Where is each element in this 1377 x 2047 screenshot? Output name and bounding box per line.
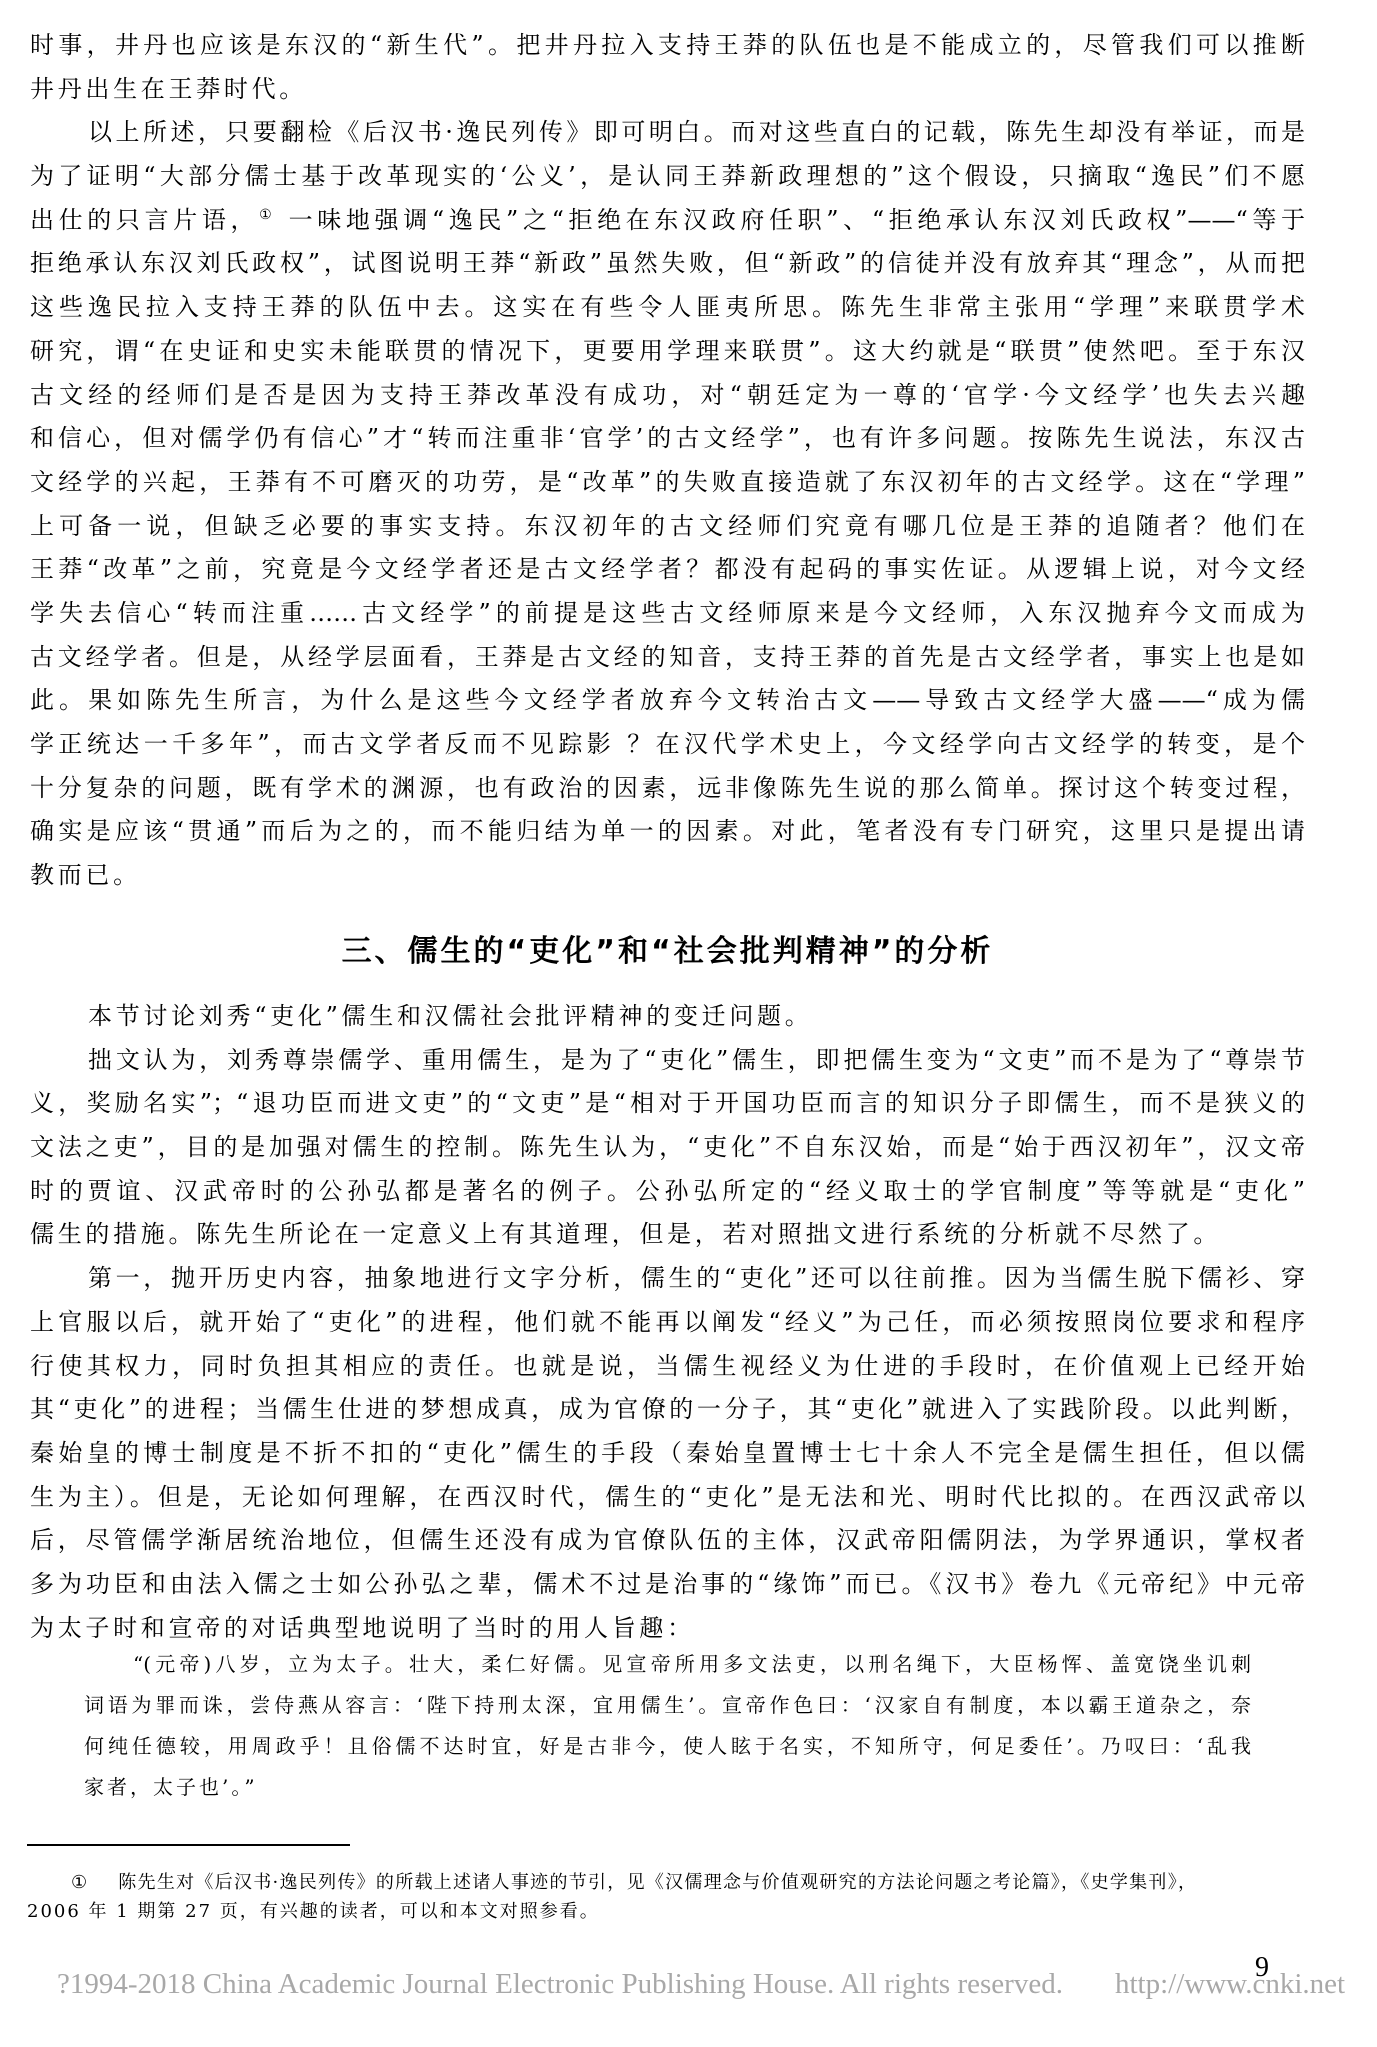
footnote: ①陈先生对《后汉书·逸民列传》的所载上述诸人事迹的节引，见《汉儒理念与价值观研究… <box>27 1868 1305 1926</box>
footnote-text: 陈先生对《后汉书·逸民列传》的所载上述诸人事迹的节引，见《汉儒理念与价值观研究的… <box>117 1872 1196 1893</box>
text-line: 义，奖励名实”；“退功臣而进文吏”的“文吏”是“相对于开国功臣而言的知识分子即儒… <box>30 1082 1305 1126</box>
text-line: 时事，井丹也应该是东汉的“新生代”。把井丹拉入支持王莽的队伍也是不能成立的，尽管… <box>30 24 1305 68</box>
quote-line: 词语为罪而诛，尝侍燕从容言：‘陛下持刑太深，宜用儒生’。宣帝作色曰：‘汉家自有制… <box>84 1685 1251 1726</box>
text-line: 其“吏化”的进程；当儒生仕进的梦想成真，成为官僚的一分子，其“吏化”就进入了实践… <box>30 1388 1305 1432</box>
text-line: 后，尽管儒学渐居统治地位，但儒生还没有成为官僚队伍的主体，汉武帝阳儒阴法，为学界… <box>30 1519 1305 1563</box>
block-quote: “(元帝)八岁，立为太子。壮大，柔仁好儒。见宣帝所用多文法吏，以刑名绳下，大臣杨… <box>84 1644 1251 1808</box>
footnote-marker: ① <box>71 1868 117 1897</box>
text-line: 本节讨论刘秀“吏化”儒生和汉儒社会批评精神的变迁问题。 <box>30 995 1305 1039</box>
text-line: 拙文认为，刘秀尊崇儒学、重用儒生，是为了“吏化”儒生，即把儒生变为“文吏”而不是… <box>30 1039 1305 1083</box>
text-segment: 一味地强调“逸民”之“拒绝在东汉政府任职”、“拒绝承认东汉刘氏政权”——“等于 <box>276 206 1305 234</box>
quote-line: “(元帝)八岁，立为太子。壮大，柔仁好儒。见宣帝所用多文法吏，以刑名绳下，大臣杨… <box>84 1644 1251 1685</box>
text-line: 学正统达一千多年”，而古文学者反而不见踪影 ？在汉代学术史上，今文经学向古文经学… <box>30 723 1305 767</box>
paragraph: 时事，井丹也应该是东汉的“新生代”。把井丹拉入支持王莽的队伍也是不能成立的，尽管… <box>30 24 1305 111</box>
text-line: 文经学的兴起，王莽有不可磨灭的功劳，是“改革”的失败直接造就了东汉初年的古文经学… <box>30 461 1305 505</box>
quote-line: 何纯任德较，用周政乎！且俗儒不达时宜，好是古非今，使人眩于名实，不知所守，何足委… <box>84 1726 1251 1767</box>
footnote-ref: ① <box>259 207 276 223</box>
text-line: 文法之吏”，目的是加强对儒生的控制。陈先生认为，“吏化”不自东汉始，而是“始于西… <box>30 1126 1305 1170</box>
text-line: 秦始皇的博士制度是不折不扣的“吏化”儒生的手段（秦始皇置博士七十余人不完全是儒生… <box>30 1432 1305 1476</box>
text-line: 为了证明“大部分儒士基于改革现实的‘公义’，是认同王莽新政理想的”这个假设，只摘… <box>30 155 1305 199</box>
text-line: 以上所述，只要翻检《后汉书·逸民列传》即可明白。而对这些直白的记载，陈先生却没有… <box>30 111 1305 155</box>
text-line: 确实是应该“贯通”而后为之的，而不能归结为单一的因素。对此，笔者没有专门研究，这… <box>30 810 1305 854</box>
text-line: 多为功臣和由法入儒之士如公孙弘之辈，儒术不过是治事的“缘饰”而已。《汉书》卷九《… <box>30 1563 1305 1607</box>
copyright-footer: ?1994-2018 China Academic Journal Electr… <box>57 1967 1063 2001</box>
text-line: 教而已。 <box>30 854 1305 898</box>
paragraph: 拙文认为，刘秀尊崇儒学、重用儒生，是为了“吏化”儒生，即把儒生变为“文吏”而不是… <box>30 1039 1305 1257</box>
text-line: 上官服以后，就开始了“吏化”的进程，他们就不能再以阐发“经义”为己任，而必须按照… <box>30 1301 1305 1345</box>
footnote-line: 2006 年 1 期第 27 页，有兴趣的读者，可以和本文对照参看。 <box>27 1897 1305 1926</box>
text-line: 这些逸民拉入支持王莽的队伍中去。这实在有些令人匪夷所思。陈先生非常主张用“学理”… <box>30 286 1305 330</box>
text-line: 研究，谓“在史证和史实未能联贯的情况下，更要用学理来联贯”。这大约就是“联贯”使… <box>30 330 1305 374</box>
paragraph: 本节讨论刘秀“吏化”儒生和汉儒社会批评精神的变迁问题。 <box>30 995 1305 1039</box>
document-page: 时事，井丹也应该是东汉的“新生代”。把井丹拉入支持王莽的队伍也是不能成立的，尽管… <box>0 0 1377 2047</box>
text-line: 拒绝承认东汉刘氏政权”，试图说明王莽“新政”虽然失败，但“新政”的信徒并没有放弃… <box>30 242 1305 286</box>
text-line: 上可备一说，但缺乏必要的事实支持。东汉初年的古文经师们究竟有哪几位是王莽的追随者… <box>30 505 1305 549</box>
footnote-line: ①陈先生对《后汉书·逸民列传》的所载上述诸人事迹的节引，见《汉儒理念与价值观研究… <box>71 1868 1196 1897</box>
previous-section-body: 时事，井丹也应该是东汉的“新生代”。把井丹拉入支持王莽的队伍也是不能成立的，尽管… <box>30 24 1305 898</box>
paragraph: 第一，抛开历史内容，抽象地进行文字分析，儒生的“吏化”还可以往前推。因为当儒生脱… <box>30 1257 1305 1650</box>
text-line: 行使其权力，同时负担其相应的责任。也就是说，当儒生视经义为仕进的手段时，在价值观… <box>30 1345 1305 1389</box>
text-line: 生为主）。但是，无论如何理解，在西汉时代，儒生的“吏化”是无法和光、明时代比拟的… <box>30 1476 1305 1520</box>
text-line: 第一，抛开历史内容，抽象地进行文字分析，儒生的“吏化”还可以往前推。因为当儒生脱… <box>30 1257 1305 1301</box>
text-line: 王莽“改革”之前，究竟是今文经学者还是古文经学者？都没有起码的事实佐证。从逻辑上… <box>30 548 1305 592</box>
text-line: 出仕的只言片语，① 一味地强调“逸民”之“拒绝在东汉政府任职”、“拒绝承认东汉刘… <box>30 199 1305 243</box>
text-line: 井丹出生在王莽时代。 <box>30 68 1305 112</box>
section-3-body: 本节讨论刘秀“吏化”儒生和汉儒社会批评精神的变迁问题。 拙文认为，刘秀尊崇儒学、… <box>30 995 1305 1650</box>
text-line: 时的贾谊、汉武帝时的公孙弘都是著名的例子。公孙弘所定的“经义取士的学官制度”等等… <box>30 1170 1305 1214</box>
footnote-divider <box>27 1844 350 1846</box>
footer-url: http://www.cnki.net <box>1115 1967 1345 2001</box>
text-line: 十分复杂的问题，既有学术的渊源，也有政治的因素，远非像陈先生说的那么简单。探讨这… <box>30 767 1305 811</box>
paragraph: 以上所述，只要翻检《后汉书·逸民列传》即可明白。而对这些直白的记载，陈先生却没有… <box>30 111 1305 897</box>
text-line: 古文经的经师们是否是因为支持王莽改革没有成功，对“朝廷定为一尊的‘官学·今文经学… <box>30 374 1305 418</box>
text-line: 和信心，但对儒学仍有信心”才“转而注重非‘官学’的古文经学”，也有许多问题。按陈… <box>30 417 1305 461</box>
section-heading: 三、儒生的“吏化”和“社会批判精神”的分析 <box>30 930 1305 974</box>
text-line: 学失去信心“转而注重……古文经学”的前提是这些古文经师原来是今文经师，入东汉抛弃… <box>30 592 1305 636</box>
quote-line: 家者，太子也’。” <box>84 1767 1251 1808</box>
text-line: 古文经学者。但是，从经学层面看，王莽是古文经的知音，支持王莽的首先是古文经学者，… <box>30 636 1305 680</box>
text-line: 此。果如陈先生所言，为什么是这些今文经学者放弃今文转治古文——导致古文经学大盛—… <box>30 679 1305 723</box>
text-segment: 出仕的只言片语， <box>30 206 259 234</box>
text-line: 儒生的措施。陈先生所论在一定意义上有其道理，但是，若对照拙文进行系统的分析就不尽… <box>30 1213 1305 1257</box>
